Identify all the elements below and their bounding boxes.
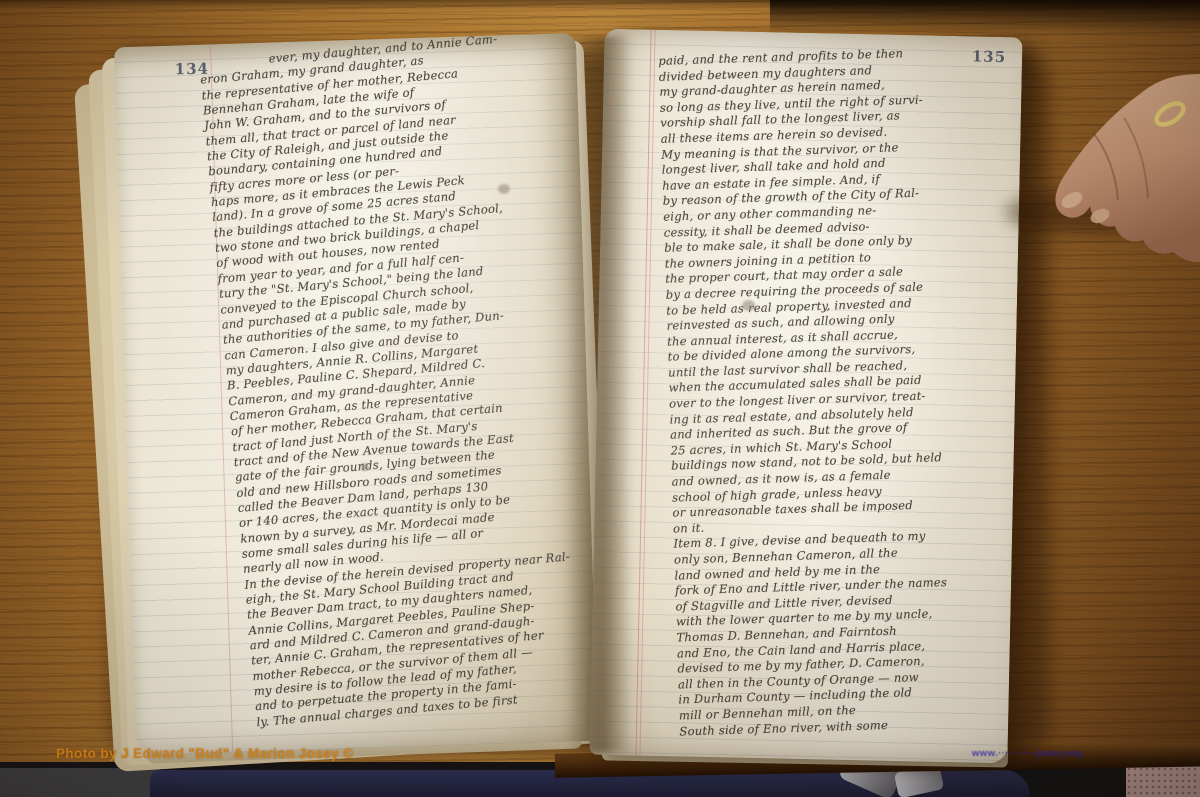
photographer-hand [968, 48, 1200, 298]
margin-rule-line [635, 30, 651, 756]
right-page-135: 135 paid, and the rent and profits to be… [589, 29, 1022, 764]
url-watermark: www.··········-josey.org [972, 748, 1082, 760]
photo-credit-watermark: Photo by J Edward "Bud" & Marion Josey © [56, 745, 354, 763]
photo-top-shadow [0, 0, 1200, 10]
book-gutter-shadow [566, 36, 632, 752]
page-stain [360, 463, 369, 471]
handwritten-text-left-page: ever, my daughter, and to Annie Cam-eron… [198, 33, 598, 730]
floor-corner [0, 768, 160, 797]
page-stain [742, 300, 755, 311]
photograph-of-record-book: 1 134 ever, my daughter, and to Annie Ca… [0, 0, 1200, 797]
page-stain [498, 184, 510, 194]
left-page-134: 134 ever, my daughter, and to Annie Cam-… [114, 33, 598, 755]
